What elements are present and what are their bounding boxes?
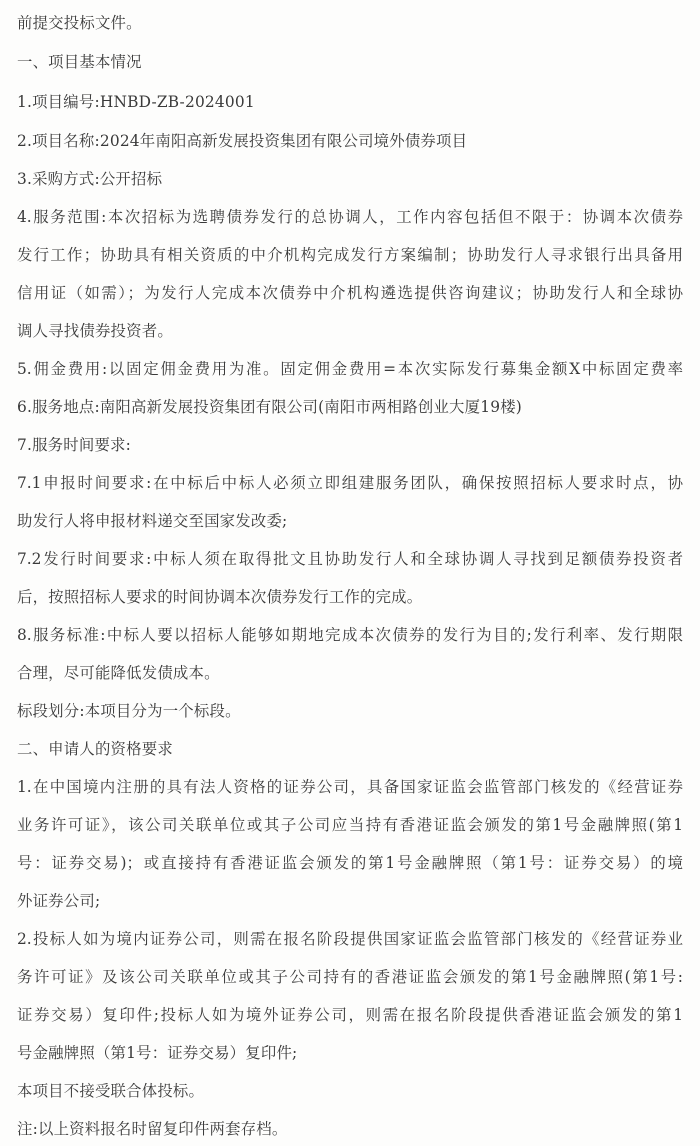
text-line: 标段划分:本项目分为一个标段。 <box>17 701 241 721</box>
text-line: 5.佣金费用:以固定佣金费用为准。固定佣金费用=本次实际发行募集金额X中标固定费… <box>17 359 683 379</box>
text-line: 一、项目基本情况 <box>17 52 142 72</box>
text-line: 1.项目编号:HNBD-ZB-2024001 <box>17 92 255 112</box>
text-line: 发行工作；协助具有相关资质的中介机构完成发行方案编制；协助发行人寻求银行出具备用 <box>17 245 683 265</box>
text-line: 务许可证》及该公司关联单位或其子公司持有的香港证监会颁发的第1号金融牌照(第1号… <box>17 967 683 987</box>
text-line: 证券交易）复印件;投标人如为境外证券公司，则需在报名阶段提供香港证监会颁发的第1 <box>17 1005 683 1025</box>
text-line: 2.投标人如为境内证券公司，则需在报名阶段提供国家证监会监管部门核发的《经营证券… <box>17 929 683 949</box>
text-line: 7.服务时间要求: <box>17 435 131 455</box>
text-line: 号：证券交易)；或直接持有香港证监会颁发的第1号金融牌照（第1号：证券交易）的境 <box>17 853 683 873</box>
text-line: 8.服务标准:中标人要以招标人能够如期地完成本次债券的发行为目的;发行利率、发行… <box>17 625 683 645</box>
text-line: 号金融牌照（第1号：证券交易）复印件; <box>17 1043 297 1063</box>
text-line: 外证券公司; <box>17 891 100 911</box>
text-line: 6.服务地点:南阳高新发展投资集团有限公司(南阳市两相路创业大厦19楼) <box>17 397 522 417</box>
text-line: 4.服务范围:本次招标为选聘债券发行的总协调人，工作内容包括但不限于：协调本次债… <box>17 207 683 227</box>
text-line: 二、申请人的资格要求 <box>17 739 173 759</box>
text-line: 助发行人将申报材料递交至国家发改委; <box>17 511 287 531</box>
text-line: 7.2发行时间要求:中标人须在取得批文且协助发行人和全球协调人寻找到足额债券投资… <box>17 549 683 569</box>
text-line: 3.采购方式:公开招标 <box>17 169 162 189</box>
text-line: 合理，尽可能降低发债成本。 <box>17 663 220 683</box>
text-line: 前提交投标文件。 <box>17 13 142 33</box>
text-line: 2.项目名称:2024年南阳高新发展投资集团有限公司境外债券项目 <box>17 131 467 151</box>
text-line: 1.在中国境内注册的具有法人资格的证券公司，具备国家证监会监管部门核发的《经营证… <box>17 777 683 797</box>
document-page: 前提交投标文件。一、项目基本情况1.项目编号:HNBD-ZB-20240012.… <box>0 0 700 1146</box>
text-line: 本项目不接受联合体投标。 <box>17 1081 204 1101</box>
text-line: 7.1申报时间要求:在中标后中标人必须立即组建服务团队，确保按照招标人要求时点，… <box>17 473 683 493</box>
text-line: 后，按照招标人要求的时间协调本次债券发行工作的完成。 <box>17 587 422 607</box>
text-line: 注:以上资料报名时留复印件两套存档。 <box>17 1119 287 1139</box>
text-line: 信用证（如需）；为发行人完成本次债券中介机构遴选提供咨询建议；协助发行人和全球协 <box>17 283 683 303</box>
text-line: 业务许可证》，该公司关联单位或其子公司应当持有香港证监会颁发的第1号金融牌照(第… <box>17 815 683 835</box>
text-line: 调人寻找债券投资者。 <box>17 321 173 341</box>
